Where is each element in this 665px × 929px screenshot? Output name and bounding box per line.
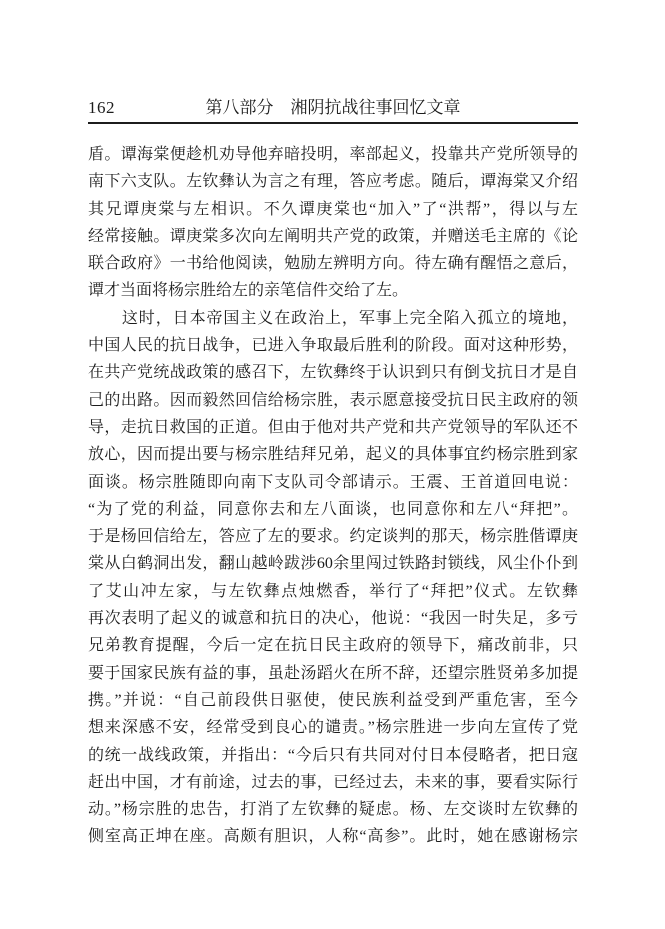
body-text: 盾。谭海棠便趁机劝导他弃暗投明，率部起义，投靠共产党所领导的 南下六支队。左钦彝… <box>88 141 578 851</box>
text-line: 面谈。杨宗胜随即向南下支队司令部请示。王震、王首道回电说： <box>88 469 578 496</box>
text-line: 导，走抗日救国的正道。但由于他对共产党和共产党领导的军队还不 <box>88 414 578 441</box>
text-line: 了艾山冲左家，与左钦彝点烛燃香，举行了“拜把”仪式。左钦彝 <box>88 578 578 605</box>
text-line: 其兄谭庚棠与左相识。不久谭庚棠也“加入”了“洪帮”，得以与左 <box>88 196 578 223</box>
text-line: 这时，日本帝国主义在政治上，军事上完全陷入孤立的境地， <box>88 305 578 332</box>
text-line: 于是杨回信给左，答应了左的要求。约定谈判的那天，杨宗胜偕谭庚 <box>88 523 578 550</box>
header-rule <box>88 122 578 124</box>
text-line: 携。”并说：“自己前段供日驱使，使民族利益受到严重危害，至今 <box>88 687 578 714</box>
text-line: 联合政府》一书给他阅读，勉励左辨明方向。待左确有醒悟之意后， <box>88 250 578 277</box>
text-line: 再次表明了起义的诚意和抗日的决心，他说：“我因一时失足，多亏 <box>88 605 578 632</box>
text-line: 中国人民的抗日战争，已进入争取最后胜利的阶段。面对这种形势， <box>88 332 578 359</box>
page-header: 162 第八部分 湘阴抗战往事回忆文章 <box>88 98 578 120</box>
text-line: 放心，因而提出要与杨宗胜结拜兄弟，起义的具体事宜约杨宗胜到家 <box>88 441 578 468</box>
text-line: 要于国家民族有益的事，虽赴汤蹈火在所不辞，还望宗胜贤弟多加提 <box>88 660 578 687</box>
text-line: 动。”杨宗胜的忠告，打消了左钦彝的疑虑。杨、左交谈时左钦彝的 <box>88 796 578 823</box>
text-line: 想来深感不安，经常受到良心的谴责。”杨宗胜进一步向左宣传了党 <box>88 714 578 741</box>
text-line: 的统一战线政策，并指出：“今后只有共同对付日本侵略者，把日寇 <box>88 742 578 769</box>
text-line: 侧室高正坤在座。高颇有胆识，人称“高参”。此时，她在感谢杨宗 <box>88 823 578 850</box>
text-line: 棠从白鹤洞出发，翻山越岭跋涉60余里闯过铁路封锁线，风尘仆仆到 <box>88 550 578 577</box>
text-line: “为了党的利益，同意你去和左八面谈，也同意你和左八“拜把”。 <box>88 496 578 523</box>
text-line: 盾。谭海棠便趁机劝导他弃暗投明，率部起义，投靠共产党所领导的 <box>88 141 578 168</box>
book-page: 162 第八部分 湘阴抗战往事回忆文章 盾。谭海棠便趁机劝导他弃暗投明，率部起义… <box>0 0 665 929</box>
text-line: 南下六支队。左钦彝认为言之有理，答应考虑。随后，谭海棠又介绍 <box>88 168 578 195</box>
text-line: 谭才当面将杨宗胜给左的亲笔信件交给了左。 <box>88 277 578 304</box>
text-line: 己的出路。因而毅然回信给杨宗胜，表示愿意接受抗日民主政府的领 <box>88 387 578 414</box>
header-title: 第八部分 湘阴抗战往事回忆文章 <box>88 98 578 118</box>
text-line: 赶出中国，才有前途，过去的事，已经过去，未来的事，要看实际行 <box>88 769 578 796</box>
text-line: 在共产党统战政策的感召下，左钦彝终于认识到只有倒戈抗日才是自 <box>88 359 578 386</box>
text-line: 兄弟教育提醒，今后一定在抗日民主政府的领导下，痛改前非，只 <box>88 632 578 659</box>
text-line: 经常接触。谭庚棠多次向左阐明共产党的政策，并赠送毛主席的《论 <box>88 223 578 250</box>
